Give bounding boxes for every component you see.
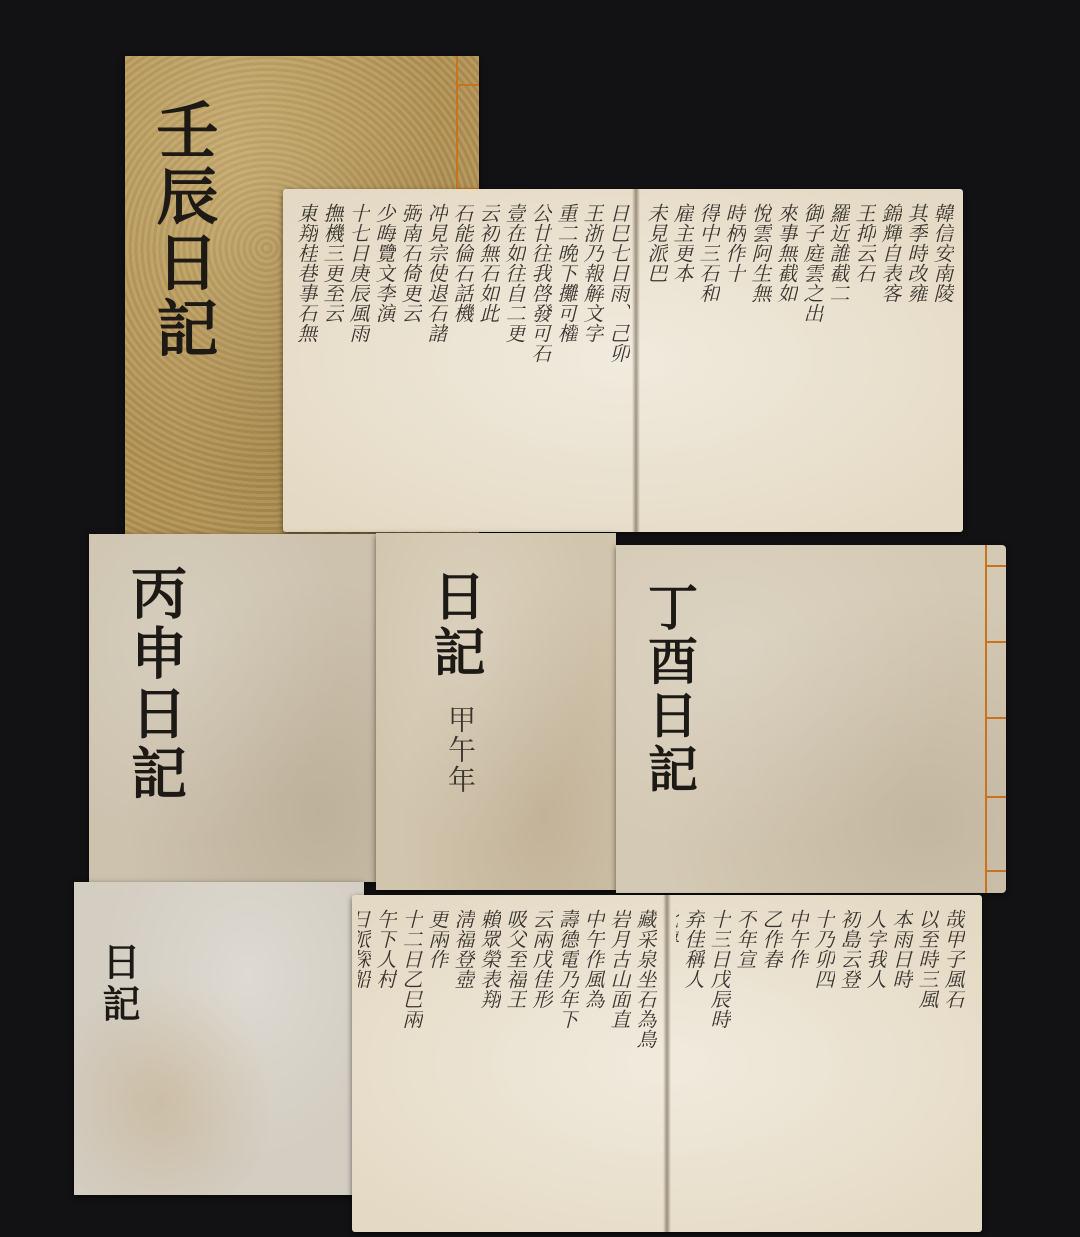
- text-column: 重二晩下攤可櫂: [553, 203, 579, 518]
- text-column: 王抑云石: [851, 203, 877, 518]
- left-page-text: 藏采泉坐石為鳥 岩月古山面直 中午作風為 壽德電乃年下 云兩戊佳形 吸父至福王 …: [358, 909, 658, 1218]
- book-gutter: [632, 189, 640, 532]
- text-column: 午下人村: [372, 909, 398, 1218]
- book-jeongyu-diary: 丁酉日記: [616, 545, 1006, 893]
- text-column: 韓信安南陵: [929, 203, 955, 518]
- book-open-bottom: 藏采泉坐石為鳥 岩月古山面直 中午作風為 壽德電乃年下 云兩戊佳形 吸父至福王 …: [352, 895, 982, 1232]
- text-column: 賴眾榮表翔: [476, 909, 502, 1218]
- text-column: 王浙乃報解文字: [579, 203, 605, 518]
- text-column: 初島云登: [836, 909, 862, 1218]
- text-column: 壹在如往自二更: [501, 203, 527, 518]
- text-column: 十乃卯四: [810, 909, 836, 1218]
- text-column: 撫機三更至云: [319, 203, 345, 518]
- text-column: 羅近誰截二: [825, 203, 851, 518]
- text-column: 以至時三風: [914, 909, 940, 1218]
- text-column: 岩月古山面直: [606, 909, 632, 1218]
- binding-stitch: [985, 641, 1006, 643]
- text-column: 雇主更本: [669, 203, 695, 518]
- text-column: 其季時改雍: [903, 203, 929, 518]
- text-column: 云兩戊佳形: [528, 909, 554, 1218]
- text-column: 少晦覽文李演: [371, 203, 397, 518]
- binding-stitch: [985, 565, 1006, 567]
- book-subtitle: 甲午年: [444, 705, 476, 795]
- text-column: 十七日庚辰風雨: [345, 203, 371, 518]
- text-column: 更兩作: [424, 909, 450, 1218]
- text-column: 乙作春: [758, 909, 784, 1218]
- left-page-text: 日巳七日雨、己卯 王浙乃報解文字 重二晩下攤可櫂 公廿往我啓發可石 壹在如往自二…: [291, 203, 631, 518]
- book-byeongsin-diary: 丙申日記: [89, 534, 376, 882]
- book-diary-plain: 日記: [74, 882, 364, 1195]
- text-column: 得中三石和: [695, 203, 721, 518]
- right-page-text: 韓信安南陵 其季時改雍 錦輝自表客 王抑云石 羅近誰截二 御子庭雲之出 來事無截…: [645, 203, 955, 518]
- text-column: 不年宣: [732, 909, 758, 1218]
- text-column: 淸福登壺: [450, 909, 476, 1218]
- text-column: 中午作: [784, 909, 810, 1218]
- text-column: 未見派巴: [645, 203, 669, 518]
- text-column: 藏采泉坐石為鳥: [632, 909, 658, 1218]
- book-title: 壬辰日記: [147, 98, 217, 362]
- book-title: 丁酉日記: [640, 581, 698, 797]
- binding-stitch: [985, 796, 1006, 798]
- text-column: 本雨日時: [888, 909, 914, 1218]
- book-title: 日記: [96, 942, 140, 1026]
- text-column: 東翔桂巷事石無: [293, 203, 319, 518]
- text-column: 吸父至福王: [502, 909, 528, 1218]
- text-column: 來事無截如: [773, 203, 799, 518]
- text-column: 冲見宗使退石諸: [423, 203, 449, 518]
- book-diary-gabo: 日記 甲午年: [376, 533, 616, 890]
- text-column: 弼南石倚更云: [397, 203, 423, 518]
- binding-stitch: [456, 84, 479, 86]
- text-column: 公廿往我啓發可石: [527, 203, 553, 518]
- text-column: 人字我人: [862, 909, 888, 1218]
- text-column: 壽德電乃年下: [554, 909, 580, 1218]
- text-column: 悅雲阿生無: [747, 203, 773, 518]
- text-column: 日巳七日雨、己卯: [605, 203, 631, 518]
- text-column: 石能倫石話機: [449, 203, 475, 518]
- text-column: 十三日戊辰時: [706, 909, 732, 1218]
- text-column: 此事: [676, 909, 680, 1218]
- text-column: 哉甲子風石: [940, 909, 966, 1218]
- binding-stitch: [985, 717, 1006, 719]
- book-title: 日記: [426, 569, 482, 681]
- text-column: 日派探船: [358, 909, 372, 1218]
- text-column: 弃佳稱人: [680, 909, 706, 1218]
- text-column: 御子庭雲之出: [799, 203, 825, 518]
- binding-stitch: [985, 870, 1006, 872]
- text-column: 時柄作十: [721, 203, 747, 518]
- right-page-text: 哉甲子風石 以至時三風 本雨日時 人字我人 初島云登 十乃卯四 中午作 乙作春 …: [676, 909, 966, 1218]
- binding-thread: [985, 545, 987, 893]
- book-open-top: 日巳七日雨、己卯 王浙乃報解文字 重二晩下攤可櫂 公廿往我啓發可石 壹在如往自二…: [283, 189, 963, 532]
- text-column: 錦輝自表客: [877, 203, 903, 518]
- text-column: 云初無石如此: [475, 203, 501, 518]
- text-column: 十二日乙巳兩: [398, 909, 424, 1218]
- book-gutter: [663, 895, 671, 1232]
- book-title: 丙申日記: [125, 564, 185, 804]
- text-column: 中午作風為: [580, 909, 606, 1218]
